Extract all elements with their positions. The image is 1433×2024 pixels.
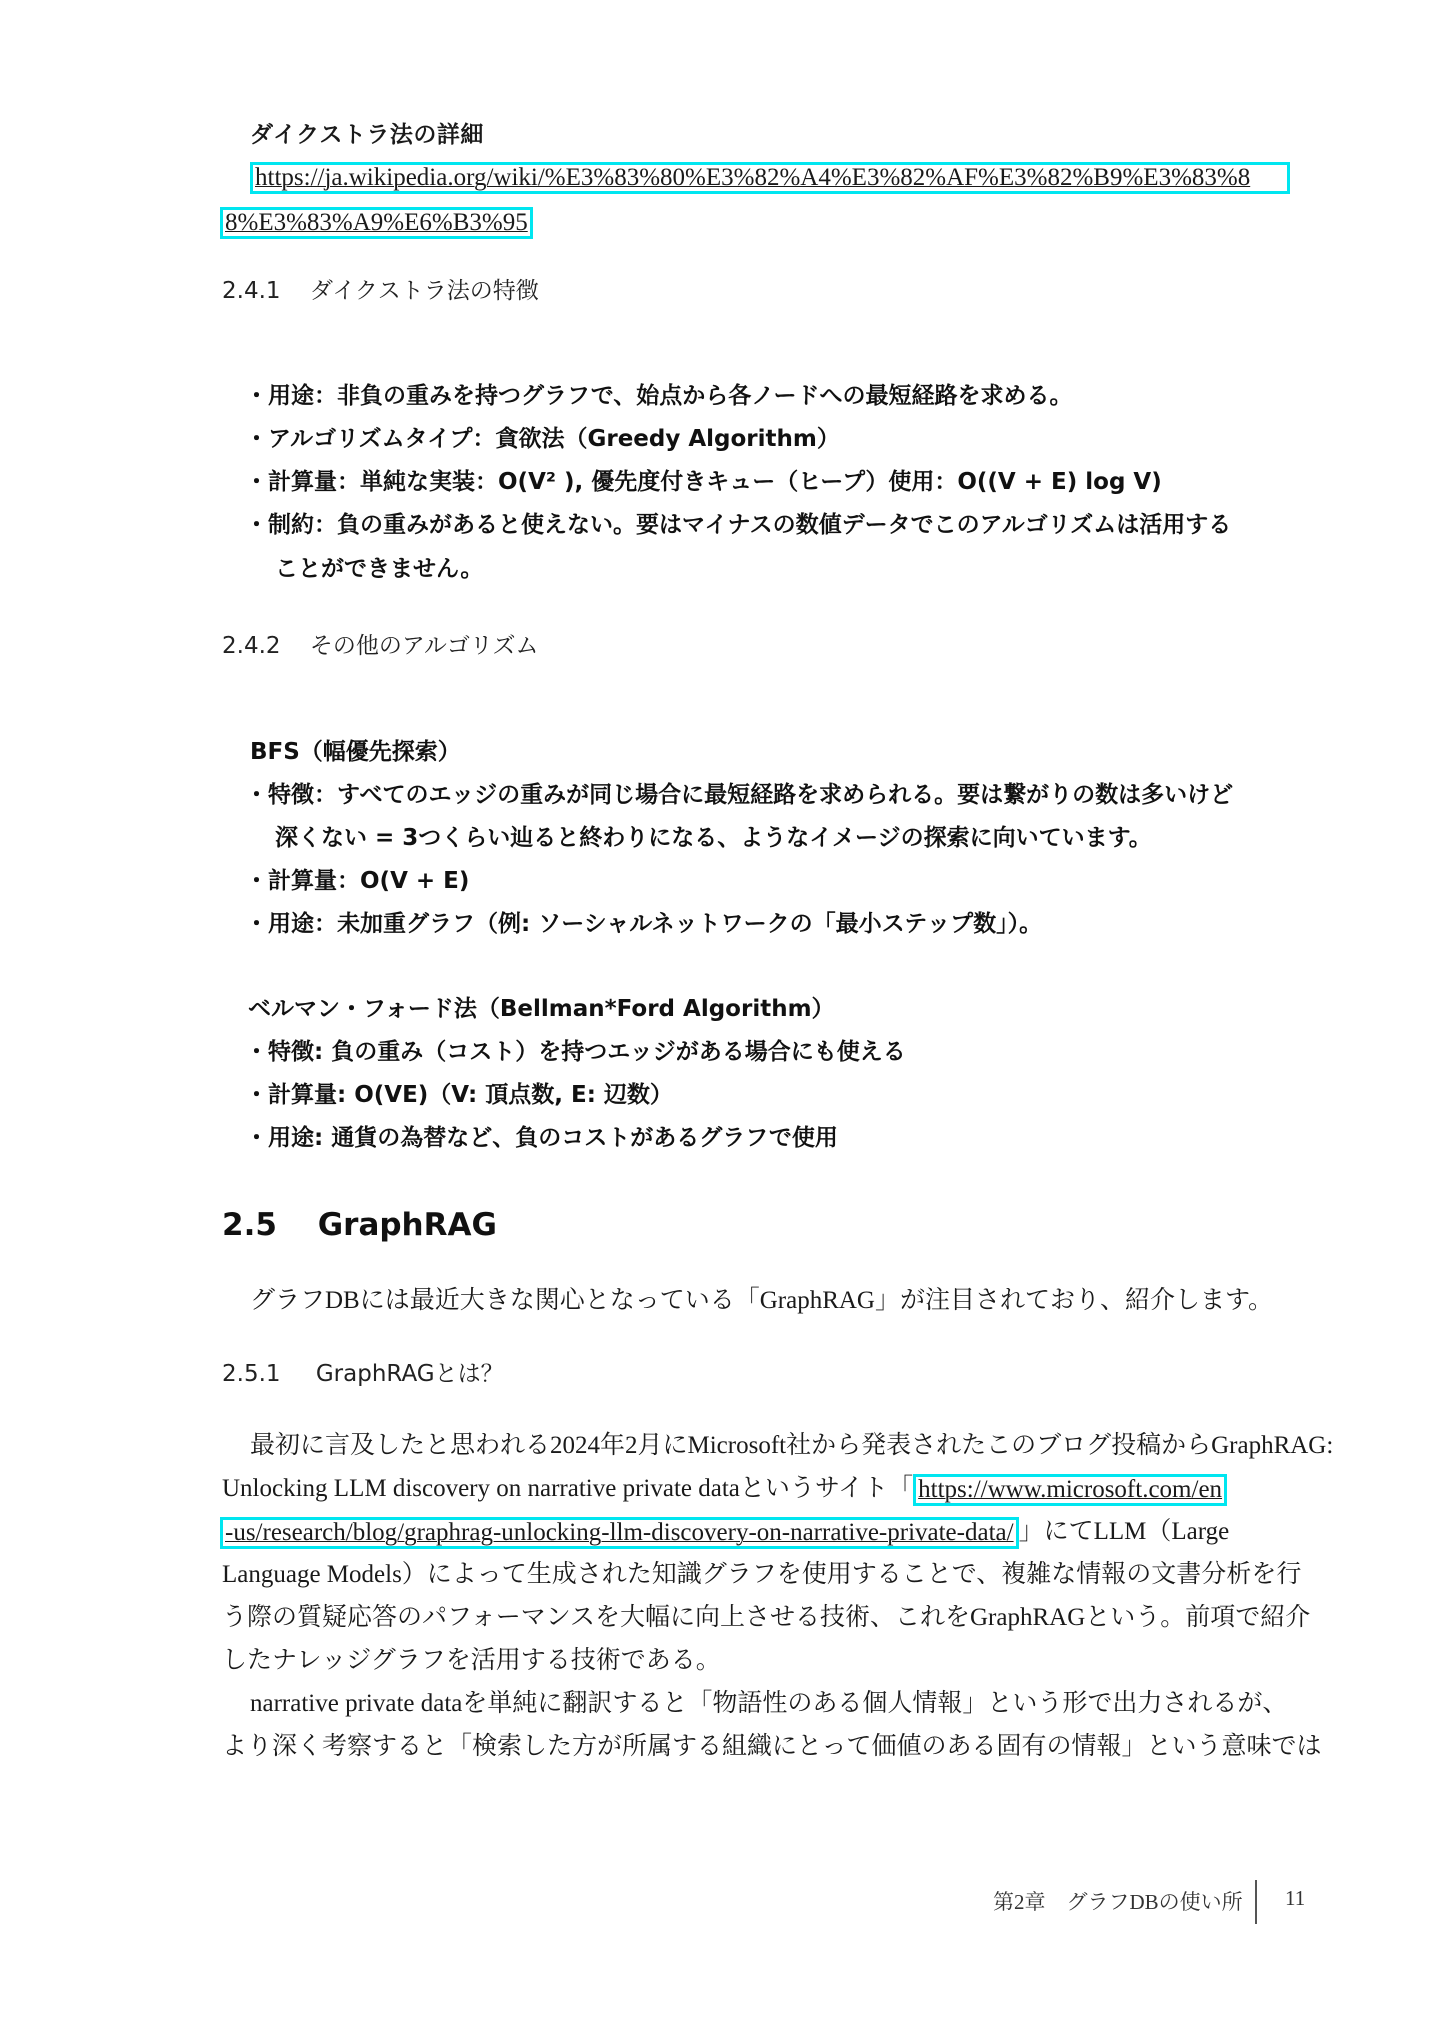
bellman-ford-bullet-complexity: ・計算量: O(VE)（V: 頂点数, E: 辺数） (245, 1076, 673, 1109)
footer-chapter: 第2章 グラフDBの使い所 (993, 1886, 1243, 1916)
subsection-number: 2.4.1 (222, 278, 281, 304)
graphrag-para1-line5: う際の質疑応答のパフォーマンスを大幅に向上させる技術、これをGraphRAGとい… (222, 1597, 1310, 1633)
wikipedia-link-line2[interactable]: 8%E3%83%A9%E6%B3%95 (220, 207, 533, 239)
bellman-ford-bullet-use: ・用途: 通貨の為替など、負のコストがあるグラフで使用 (245, 1119, 838, 1152)
microsoft-blog-link-part2[interactable]: -us/research/blog/graphrag-unlocking-llm… (220, 1517, 1019, 1549)
microsoft-blog-link-part1[interactable]: https://www.microsoft.com/en (913, 1474, 1227, 1506)
graphrag-para2-line2: より深く考察すると「検索した方が所属する組織にとって価値のある固有の情報」という… (222, 1726, 1322, 1762)
bfs-bullet-use: ・用途：未加重グラフ（例: ソーシャルネットワークの「最小ステップ数」）。 (245, 905, 1042, 938)
dijkstra-bullet-constraint: ・制約：負の重みがあると使えない。要はマイナスの数値データでこのアルゴリズムは活… (245, 506, 1231, 539)
bfs-bullet-feature-cont: 深くない = 3つくらい辿ると終わりになる、ようなイメージの探索に向いています。 (275, 819, 1152, 852)
graphrag-para1-line6: したナレッジグラフを活用する技術である。 (222, 1640, 721, 1676)
footer-divider (1255, 1880, 1257, 1924)
bfs-bullet-complexity: ・計算量：O(V + E) (245, 862, 469, 895)
graphrag-para1-line3: -us/research/blog/graphrag-unlocking-llm… (220, 1511, 1229, 1549)
subsection-title: その他のアルゴリズム (310, 633, 539, 659)
footer-page-number: 11 (1285, 1886, 1305, 1911)
subsection-title: ダイクストラ法の特徴 (310, 278, 539, 304)
dijkstra-bullet-constraint-cont: ことができません。 (275, 550, 483, 583)
bellman-ford-heading: ベルマン・フォード法（Bellman*Ford Algorithm） (248, 990, 835, 1023)
subsection-number: 2.4.2 (222, 633, 281, 659)
dijkstra-bullet-complexity: ・計算量：単純な実装：O(V² ), 優先度付きキュー（ヒープ）使用：O((V … (245, 463, 1162, 496)
bfs-bullet-feature: ・特徴：すべてのエッジの重みが同じ場合に最短経路を求められる。要は繋がりの数は多… (245, 776, 1233, 809)
graphrag-para2-line1: narrative private dataを単純に翻訳すると「物語性のある個人… (250, 1683, 1287, 1719)
dijkstra-bullet-type: ・アルゴリズムタイプ：貪欲法（Greedy Algorithm） (245, 420, 840, 453)
subsection-2-4-1-heading: 2.4.1 ダイクストラ法の特徴 (222, 272, 539, 305)
wikipedia-link-line1[interactable]: https://ja.wikipedia.org/wiki/%E3%83%80%… (250, 162, 1290, 194)
section-title: GraphRAG (318, 1207, 497, 1243)
bellman-ford-bullet-feature: ・特徴: 負の重み（コスト）を持つエッジがある場合にも使える (245, 1033, 906, 1066)
section-number: 2.5 (222, 1207, 277, 1243)
graphrag-para1-line1: 最初に言及したと思われる2024年2月にMicrosoft社から発表されたこのブ… (250, 1425, 1333, 1461)
subsection-2-5-1-heading: 2.5.1 GraphRAGとは？ (222, 1355, 504, 1388)
dijkstra-bullet-use: ・用途：非負の重みを持つグラフで、始点から各ノードへの最短経路を求める。 (245, 377, 1073, 410)
bfs-heading: BFS（幅優先探索） (250, 733, 461, 766)
graphrag-para1-line3-text: 」にてLLM（Large (1019, 1518, 1230, 1545)
section-2-5-intro: グラフDBには最近大きな関心となっている「GraphRAG」が注目されており、紹… (250, 1280, 1273, 1316)
graphrag-para1-line2: Unlocking LLM discovery on narrative pri… (222, 1468, 1227, 1506)
graphrag-para1-line2-text: Unlocking LLM discovery on narrative pri… (222, 1475, 913, 1502)
subsection-2-4-2-heading: 2.4.2 その他のアルゴリズム (222, 627, 538, 660)
section-2-5-heading: 2.5 GraphRAG (222, 1207, 497, 1243)
subsection-number: 2.5.1 (222, 1361, 281, 1387)
subsection-title: GraphRAGとは？ (316, 1361, 504, 1387)
graphrag-para1-line4: Language Models）によって生成された知識グラフを使用することで、複… (222, 1554, 1301, 1590)
dijkstra-detail-heading: ダイクストラ法の詳細 (250, 116, 484, 149)
